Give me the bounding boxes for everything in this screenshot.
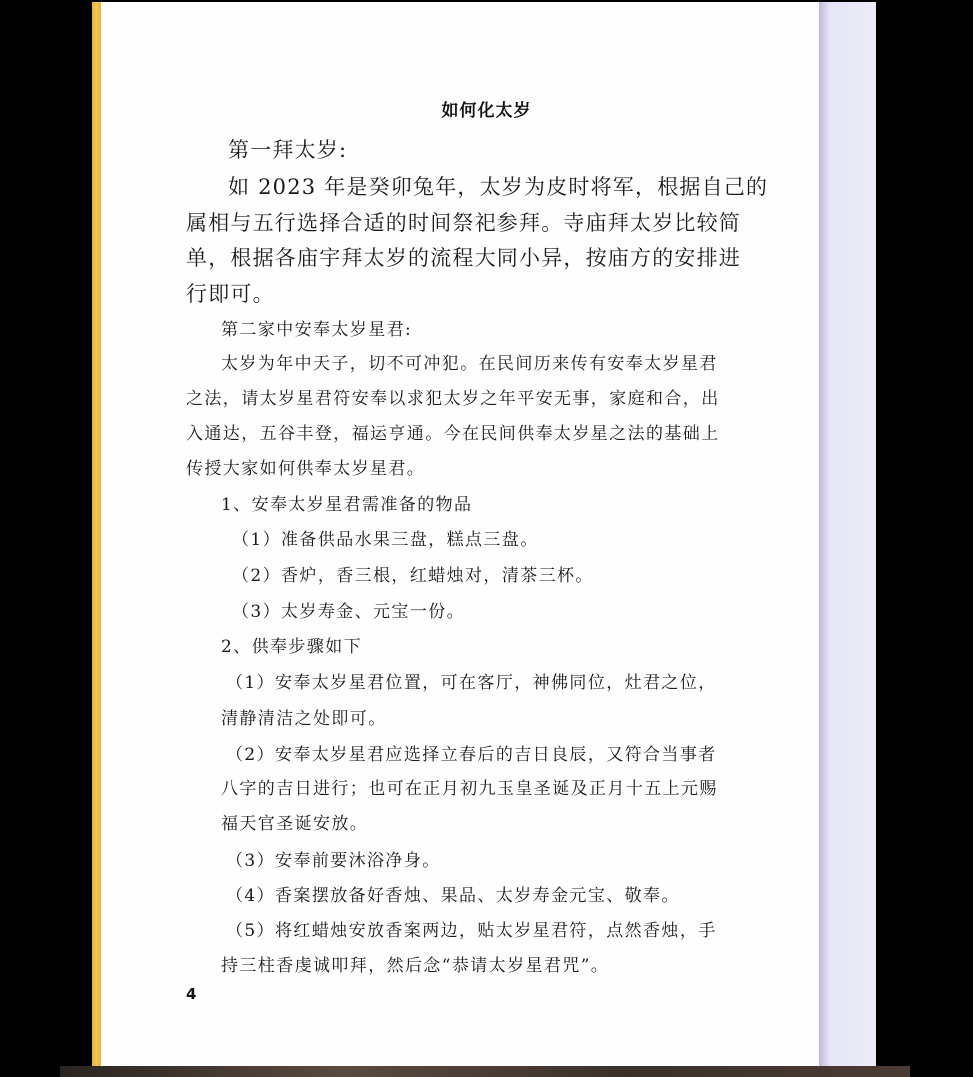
list2-line: （3）安奉前要沐浴净身。 bbox=[226, 846, 441, 871]
list2-line: （4）香案摆放备好香烛、果品、太岁寿金元宝、敬奉。 bbox=[226, 881, 680, 906]
section1-line: 属相与五行选择合适的时间祭祀参拜。寺庙拜太岁比较简 bbox=[186, 207, 741, 237]
section2-heading: 第二家中安奉太岁星君: bbox=[221, 315, 412, 340]
section2-line: 之法，请太岁星君符安奉以求犯太岁之年平安无事，家庭和合，出 bbox=[186, 384, 720, 409]
list2-line: （2）安奉太岁星君应选择立春后的吉日良辰，又符合当事者 bbox=[226, 740, 717, 765]
section2-line: 入通达，五谷丰登，福运亨通。今在民间供奉太岁星之法的基础上 bbox=[186, 419, 720, 444]
list2-line: 持三柱香虔诚叩拜，然后念“恭请太岁星君咒”。 bbox=[221, 951, 609, 976]
list2-line: 八字的吉日进行；也可在正月初九玉皇圣诞及正月十五上元赐 bbox=[221, 774, 718, 799]
section1-line: 如 2023 年是癸卯兔年，太岁为皮时将军，根据自己的 bbox=[228, 171, 768, 201]
section1-line: 单，根据各庙宇拜太岁的流程大同小异，按庙方的安排进 bbox=[186, 242, 741, 272]
list1-item: （3）太岁寿金、元宝一份。 bbox=[232, 597, 465, 622]
list2-heading: 2、供奉步骤如下 bbox=[221, 632, 362, 657]
section1-heading: 第一拜太岁: bbox=[228, 134, 347, 164]
list1-heading: 1、安奉太岁星君需准备的物品 bbox=[221, 490, 472, 515]
list2-line: （5）将红蜡烛安放香案两边，贴太岁星君符，点然香烛，手 bbox=[226, 916, 717, 941]
list2-line: （1）安奉太岁星君位置，可在客厅，神佛同位，灶君之位， bbox=[226, 668, 717, 693]
list1-item: （2）香炉，香三根，红蜡烛对，清茶三杯。 bbox=[232, 561, 594, 586]
page-number: 4 bbox=[186, 985, 196, 1003]
section1-line: 行即可。 bbox=[186, 278, 275, 308]
list2-line: 福天官圣诞安放。 bbox=[221, 809, 368, 834]
list2-line: 清静清洁之处即可。 bbox=[221, 704, 387, 729]
section2-line: 太岁为年中天子，切不可冲犯。在民间历来传有安奉太岁星君 bbox=[221, 349, 718, 374]
page-title: 如何化太岁 bbox=[0, 96, 973, 121]
next-page-edge bbox=[818, 2, 876, 1066]
scan-background bbox=[60, 1066, 910, 1077]
section2-line: 传授大家如何供奉太岁星君。 bbox=[186, 454, 425, 479]
list1-item: （1）准备供品水果三盘，糕点三盘。 bbox=[232, 525, 539, 550]
